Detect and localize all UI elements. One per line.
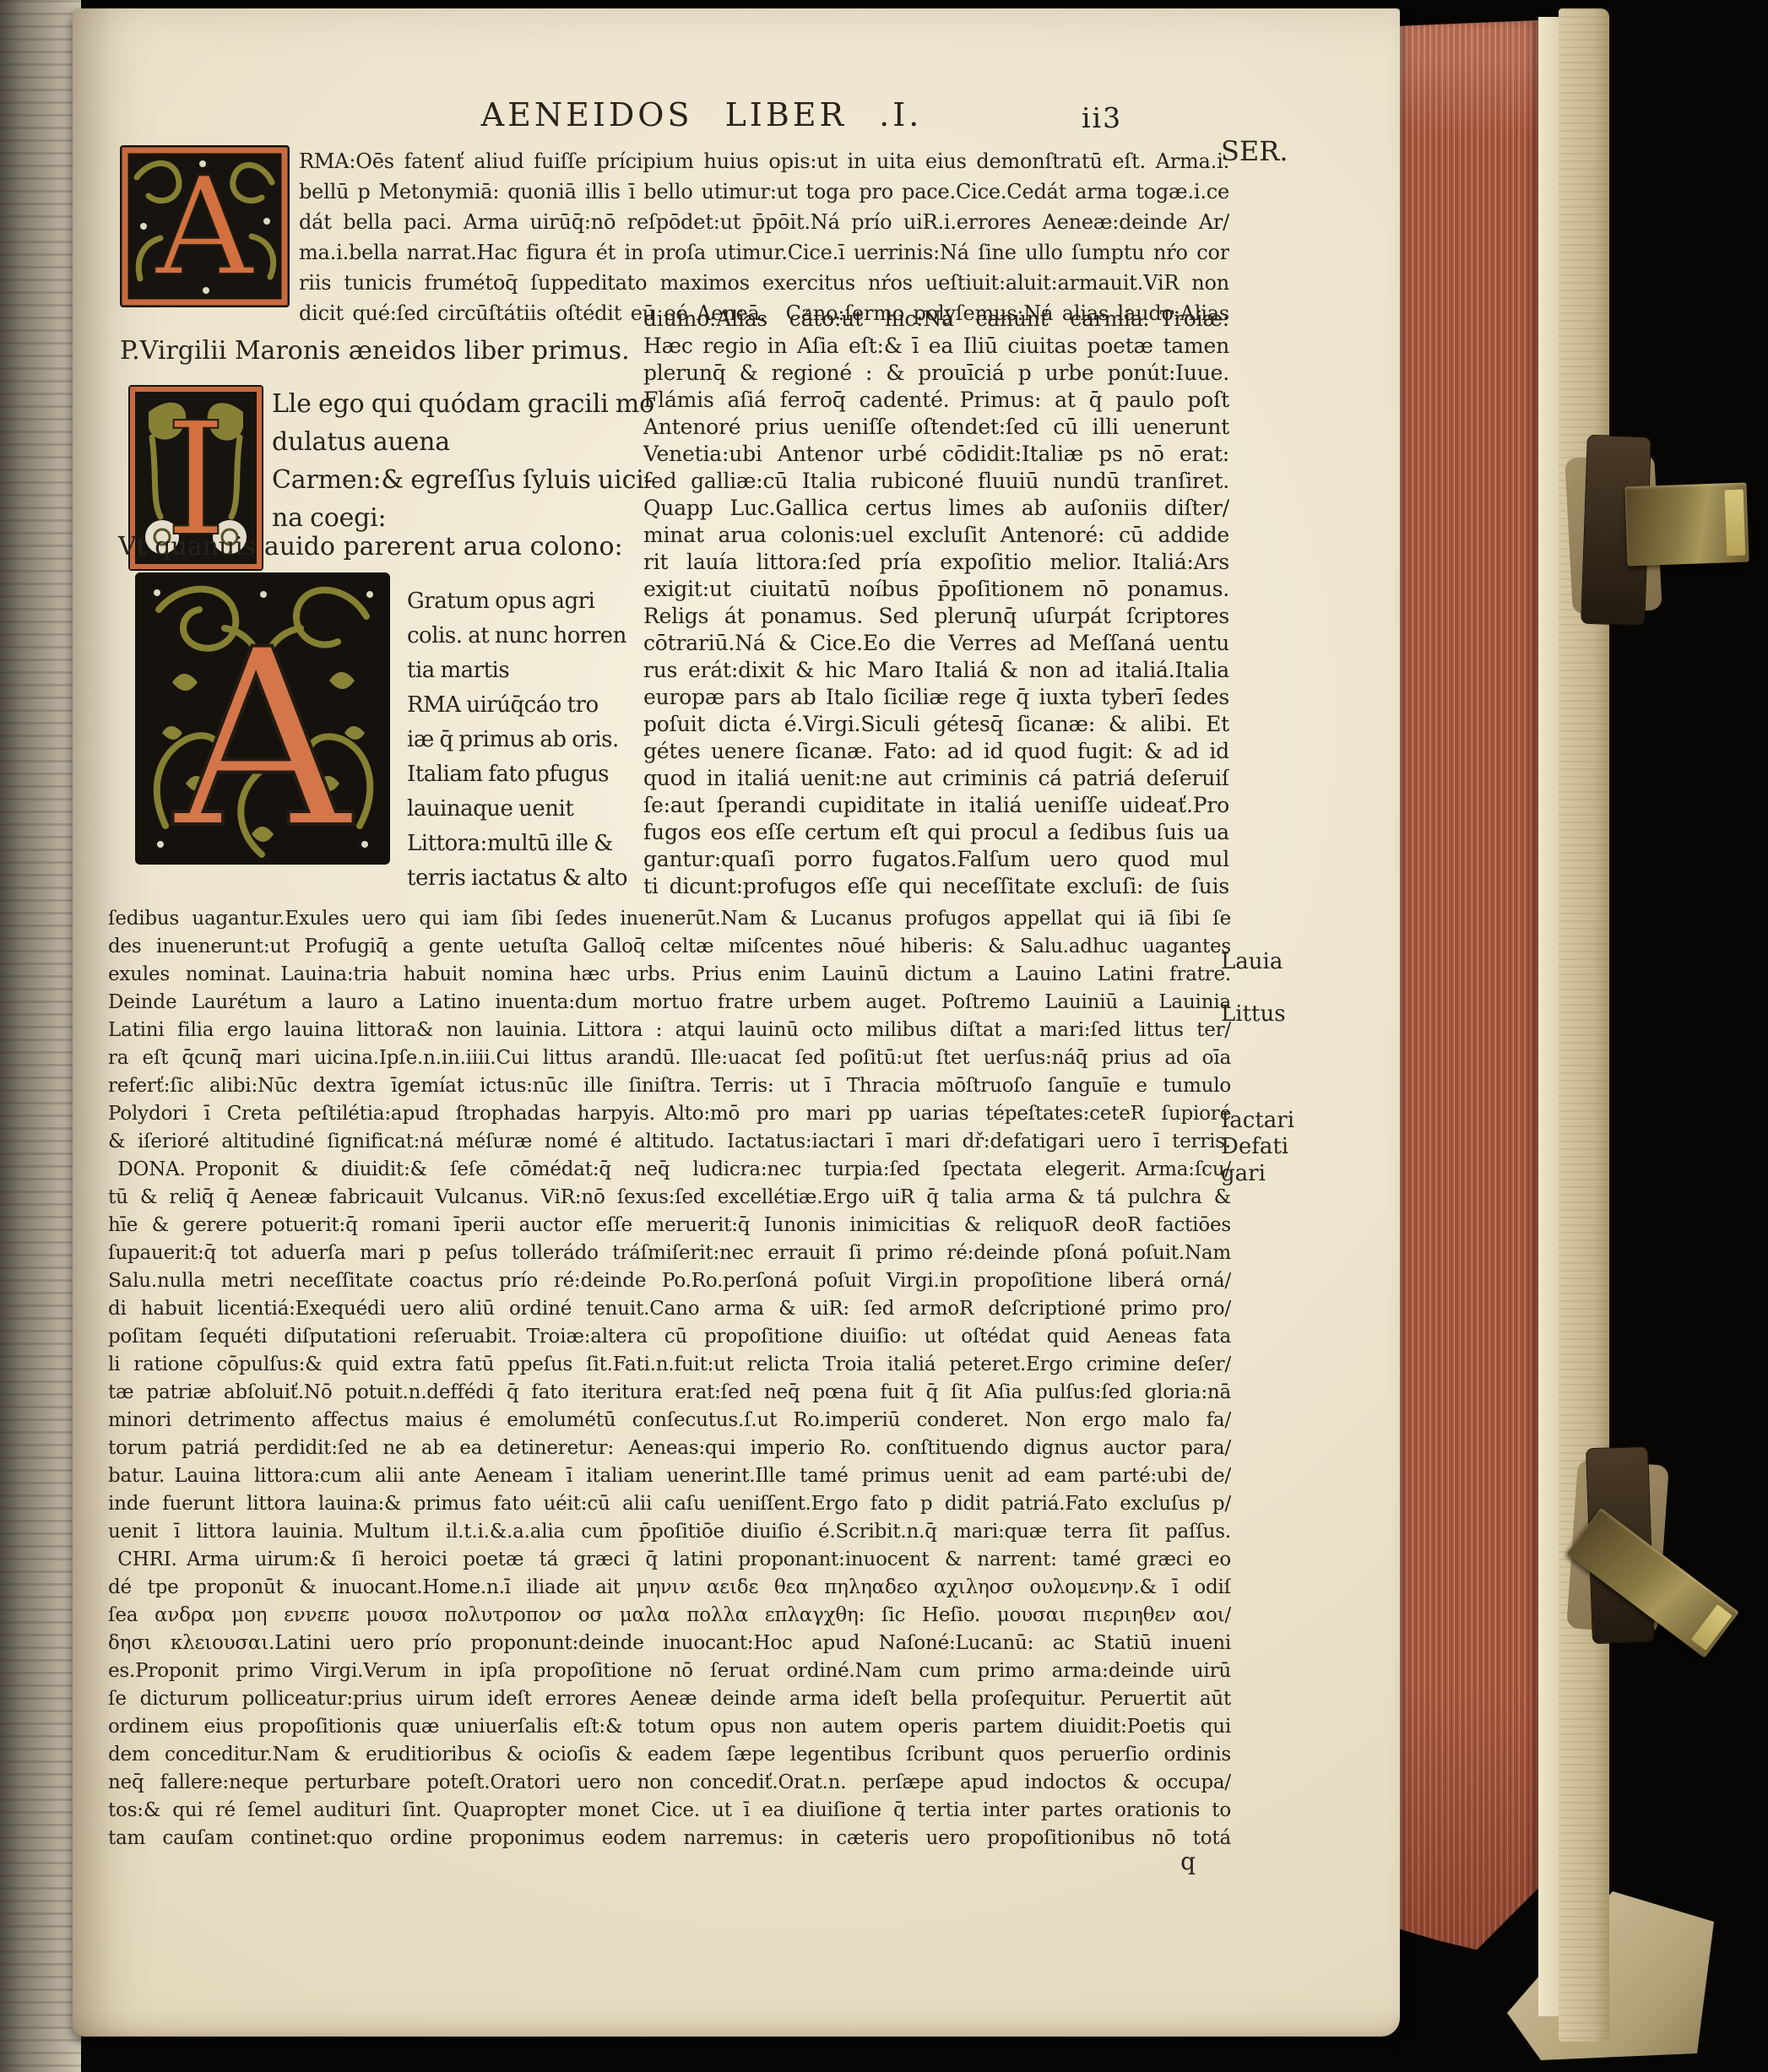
initial-letter: A bbox=[155, 148, 255, 306]
commentary-intro: RMA:Oēs fatenť aliud fuiſſe prícipium hu… bbox=[299, 146, 1229, 328]
margin-note-littus: Littus bbox=[1221, 1001, 1390, 1027]
woodcut-initial-a-small: A bbox=[118, 144, 291, 309]
cover-edge bbox=[1559, 8, 1609, 2042]
commentary-column: diuino:Alias cáto:ut hic:Ná canunť carmí… bbox=[643, 306, 1229, 900]
woodcut-initial-a-large: A bbox=[135, 572, 390, 865]
book-photo: AENEIDOS LIBER .I. ii3 SER. A RMA:Oēs fa… bbox=[0, 0, 1768, 2072]
margin-note-iactari: Iactari bbox=[1221, 1108, 1390, 1133]
initial-letter: A bbox=[171, 598, 355, 865]
margin-note-gari: gari bbox=[1221, 1161, 1390, 1186]
catchword: q bbox=[1128, 1847, 1196, 1875]
margin-note-ser: SER. bbox=[1221, 135, 1390, 167]
book-board-edge bbox=[1538, 17, 1559, 2016]
clasp-upper-brass-fitting bbox=[1624, 483, 1749, 567]
margin-note-lauia: Lauia bbox=[1221, 949, 1390, 974]
margin-note-defati: Defati bbox=[1221, 1134, 1390, 1159]
page: AENEIDOS LIBER .I. ii3 SER. A RMA:Oēs fa… bbox=[73, 8, 1400, 2037]
commentary-full-width: ſedibus uagantur.Exules uero qui iam ſib… bbox=[108, 905, 1231, 1852]
gutter-pages bbox=[0, 0, 81, 2072]
running-title: AENEIDOS LIBER .I. bbox=[436, 96, 968, 133]
aeneid-opening-verse: Gratum opus agricolis. at nunc horrentia… bbox=[407, 584, 633, 896]
red-fore-edge bbox=[1398, 20, 1538, 1954]
verse-incipit: Lle ego qui quódam gracili modulatus aue… bbox=[272, 385, 669, 537]
folio-number: ii3 bbox=[1082, 101, 1158, 134]
virgil-heading: P.Virgilii Maronis æneidos liber primus. bbox=[120, 336, 677, 366]
verse-line-colono: Vt quanuis auido parerent arua colono: bbox=[118, 532, 675, 561]
